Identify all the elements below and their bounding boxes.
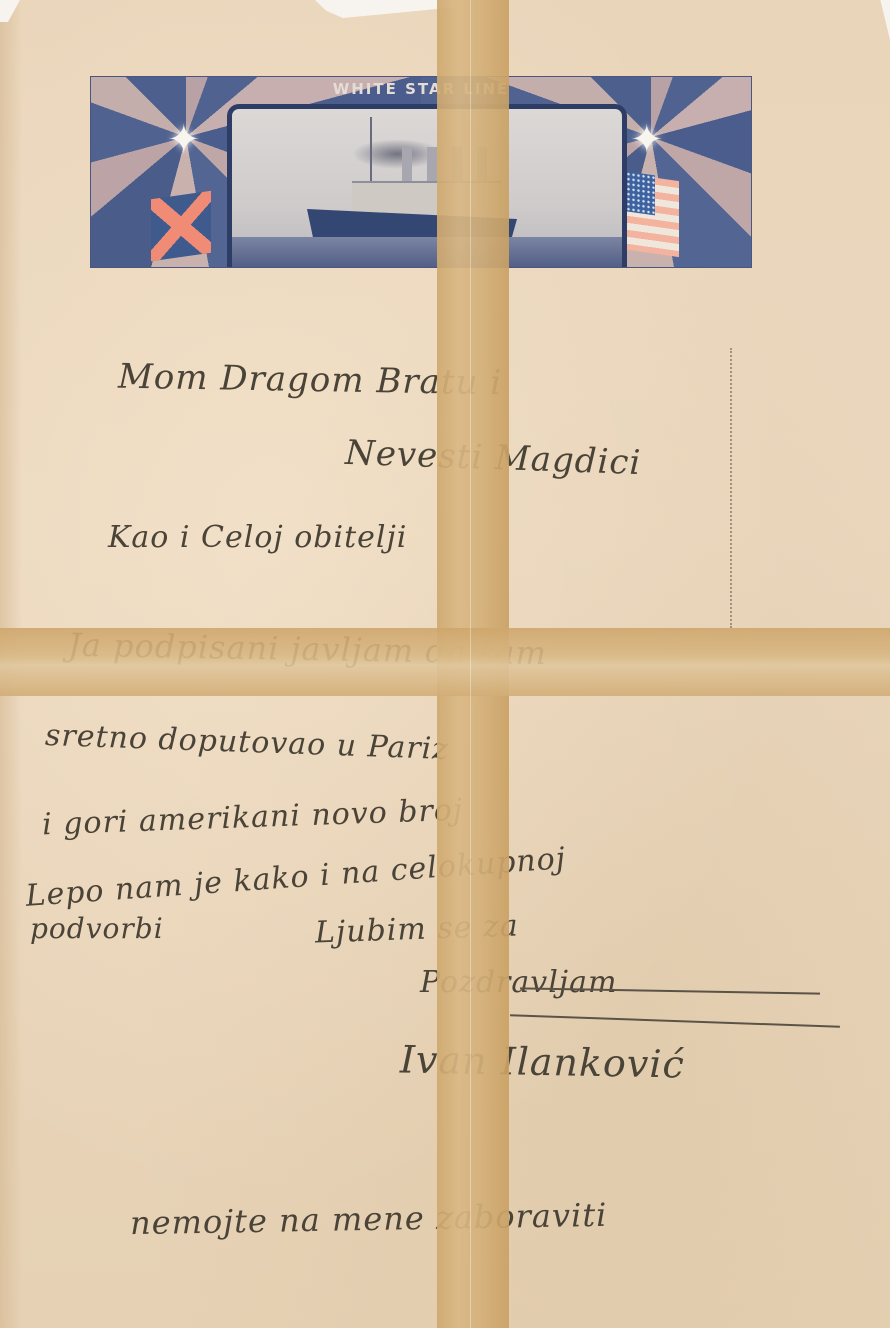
margin-perforation xyxy=(730,348,732,628)
horizontal-tape-strip xyxy=(0,628,890,696)
star-icon: ✦ xyxy=(167,120,201,160)
sea-waves xyxy=(232,237,622,267)
ship-funnel xyxy=(402,147,412,183)
union-flag-icon xyxy=(151,191,211,261)
ship-funnel xyxy=(427,147,437,183)
salutation-line-3: Kao i Celoj obitelji xyxy=(108,520,407,555)
body-line-5: podvorbi xyxy=(30,912,164,945)
fold-crease xyxy=(470,0,471,1328)
brand-name: WHITE STAR LINE xyxy=(91,80,751,98)
letterhead-banner: ✦ ✦ WHITE STAR LINE xyxy=(91,77,751,267)
ship-illustration-frame xyxy=(227,104,627,267)
star-icon: ✦ xyxy=(630,120,664,160)
